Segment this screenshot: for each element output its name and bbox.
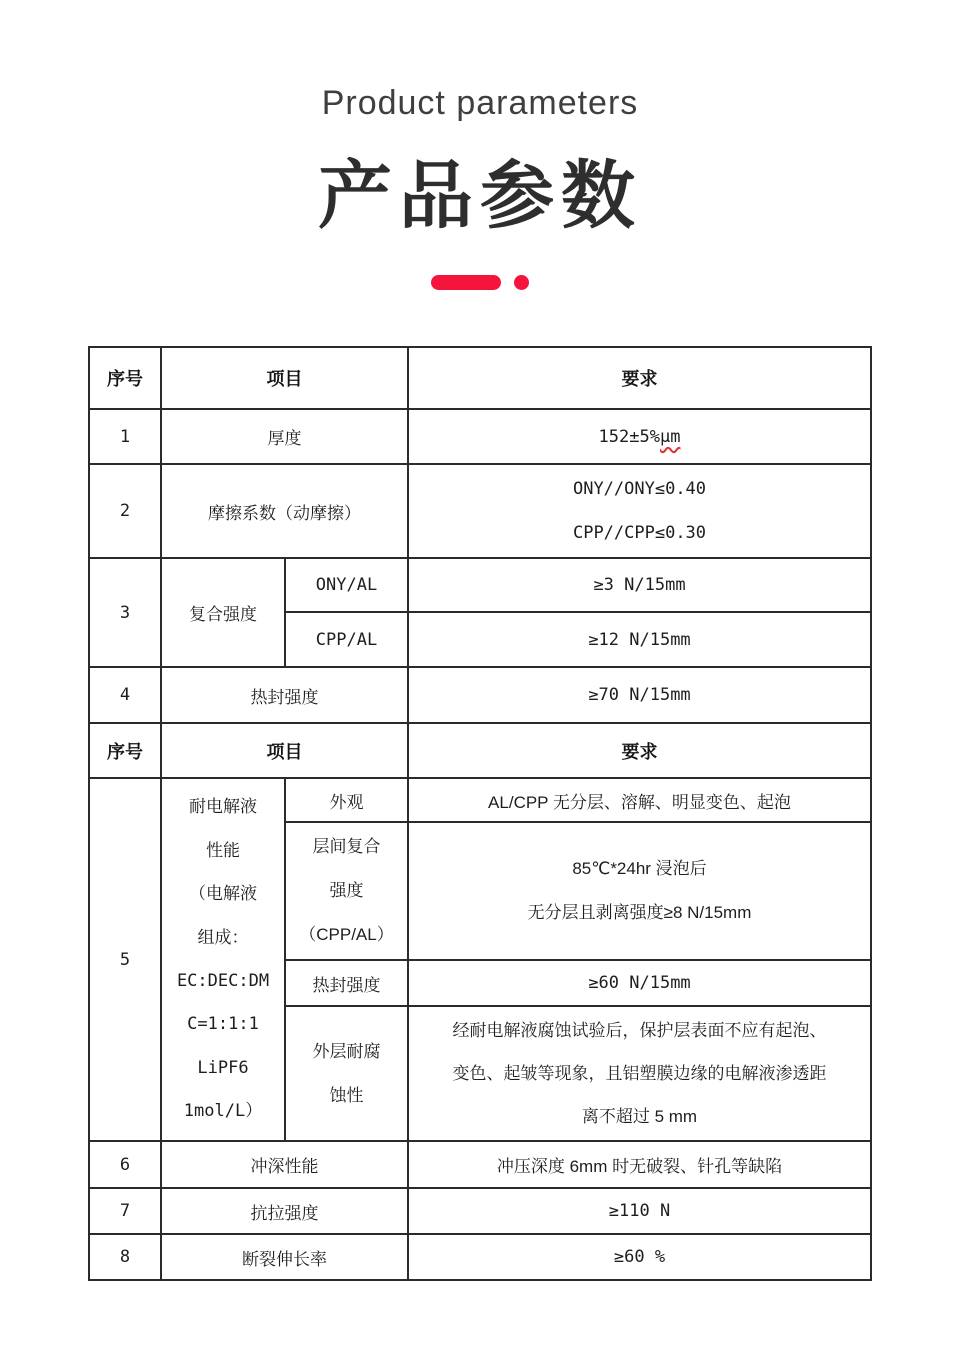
page-title: 产品参数 [0, 137, 960, 243]
row7-no: 7 [89, 1188, 161, 1234]
header-req: 要求 [408, 347, 871, 409]
row2-no: 2 [89, 464, 161, 558]
table-row-7: 7 抗拉强度 ≥110 N [89, 1188, 871, 1234]
row3-no: 3 [89, 558, 161, 667]
title-accent [0, 275, 960, 290]
row5-item-line: 组成： [168, 916, 278, 960]
row1-req-unit: μm [660, 427, 680, 447]
row5-item-line: 性能 [168, 829, 278, 873]
row5-req1: AL/CPP 无分层、溶解、明显变色、起泡 [408, 778, 871, 822]
table-header-row-1: 序号 项目 要求 [89, 347, 871, 409]
row1-req: 152±5%μm [408, 409, 871, 464]
spec-table: 序号 项目 要求 1 厚度 152±5%μm 2 摩擦系数（动摩擦） ONY//… [88, 346, 872, 1281]
row5-req2-line1: 85℃*24hr 浸泡后 [415, 847, 864, 891]
row2-req: ONY//ONY≤0.40 CPP//CPP≤0.30 [408, 464, 871, 558]
row5-item: 耐电解液 性能 （电解液 组成： EC:DEC:DM C=1:1:1 LiPF6… [161, 778, 285, 1141]
row5-sub2: 层间复合 强度 （CPP/AL） [285, 822, 408, 960]
row5-sub2-line: 强度 [292, 869, 401, 913]
row3-item: 复合强度 [161, 558, 285, 667]
row5-sub2-line: 层间复合 [292, 825, 401, 869]
header2-item: 项目 [161, 723, 408, 778]
row2-req-line2: CPP//CPP≤0.30 [415, 511, 864, 555]
row3-req1: ≥3 N/15mm [408, 558, 871, 612]
row3-req2: ≥12 N/15mm [408, 612, 871, 667]
row6-item: 冲深性能 [161, 1141, 408, 1188]
row4-no: 4 [89, 667, 161, 723]
row8-item: 断裂伸长率 [161, 1234, 408, 1280]
table-row-5a: 5 耐电解液 性能 （电解液 组成： EC:DEC:DM C=1:1:1 LiP… [89, 778, 871, 822]
row2-item: 摩擦系数（动摩擦） [161, 464, 408, 558]
row5-req2-line2: 无分层且剥离强度≥8 N/15mm [415, 891, 864, 935]
row2-req-line1: ONY//ONY≤0.40 [415, 467, 864, 511]
table-row-2: 2 摩擦系数（动摩擦） ONY//ONY≤0.40 CPP//CPP≤0.30 [89, 464, 871, 558]
row1-req-value: 152±5% [599, 427, 660, 447]
header2-no: 序号 [89, 723, 161, 778]
row5-req4-line: 变色、起皱等现象，且铝塑膜边缘的电解液渗透距 [415, 1052, 864, 1095]
row5-req2: 85℃*24hr 浸泡后 无分层且剥离强度≥8 N/15mm [408, 822, 871, 960]
header2-req: 要求 [408, 723, 871, 778]
row5-sub4-line: 蚀性 [292, 1074, 401, 1118]
row6-no: 6 [89, 1141, 161, 1188]
table-row-6: 6 冲深性能 冲压深度 6mm 时无破裂、针孔等缺陷 [89, 1141, 871, 1188]
header-item: 项目 [161, 347, 408, 409]
row5-item-line: 1mol/L） [168, 1090, 278, 1134]
table-row-3a: 3 复合强度 ONY/AL ≥3 N/15mm [89, 558, 871, 612]
row5-req4-line: 经耐电解液腐蚀试验后，保护层表面不应有起泡、 [415, 1009, 864, 1052]
row5-req4-line: 离不超过 5 mm [415, 1095, 864, 1138]
table-row-1: 1 厚度 152±5%μm [89, 409, 871, 464]
row5-item-line: （电解液 [168, 872, 278, 916]
row5-sub1: 外观 [285, 778, 408, 822]
header-no: 序号 [89, 347, 161, 409]
row7-item: 抗拉强度 [161, 1188, 408, 1234]
table-row-4: 4 热封强度 ≥70 N/15mm [89, 667, 871, 723]
row4-item: 热封强度 [161, 667, 408, 723]
table-header-row-2: 序号 项目 要求 [89, 723, 871, 778]
row5-item-line: 耐电解液 [168, 785, 278, 829]
row5-req4: 经耐电解液腐蚀试验后，保护层表面不应有起泡、 变色、起皱等现象，且铝塑膜边缘的电… [408, 1006, 871, 1141]
row5-req3: ≥60 N/15mm [408, 960, 871, 1006]
row1-item: 厚度 [161, 409, 408, 464]
row5-item-line: EC:DEC:DM [168, 960, 278, 1004]
row8-req: ≥60 % [408, 1234, 871, 1280]
table-row-8: 8 断裂伸长率 ≥60 % [89, 1234, 871, 1280]
row5-item-line: C=1:1:1 [168, 1003, 278, 1047]
row1-no: 1 [89, 409, 161, 464]
row4-req: ≥70 N/15mm [408, 667, 871, 723]
row5-sub3: 热封强度 [285, 960, 408, 1006]
row3-sub2: CPP/AL [285, 612, 408, 667]
row5-sub2-line: （CPP/AL） [292, 913, 401, 957]
row8-no: 8 [89, 1234, 161, 1280]
accent-bar [431, 275, 501, 290]
row5-no: 5 [89, 778, 161, 1141]
row5-item-line: LiPF6 [168, 1047, 278, 1091]
row3-sub1: ONY/AL [285, 558, 408, 612]
page-subtitle: Product parameters [0, 84, 960, 123]
row5-sub4: 外层耐腐 蚀性 [285, 1006, 408, 1141]
accent-dot [514, 275, 529, 290]
row7-req: ≥110 N [408, 1188, 871, 1234]
row6-req: 冲压深度 6mm 时无破裂、针孔等缺陷 [408, 1141, 871, 1188]
row5-sub4-line: 外层耐腐 [292, 1030, 401, 1074]
page-header: Product parameters 产品参数 [0, 0, 960, 290]
